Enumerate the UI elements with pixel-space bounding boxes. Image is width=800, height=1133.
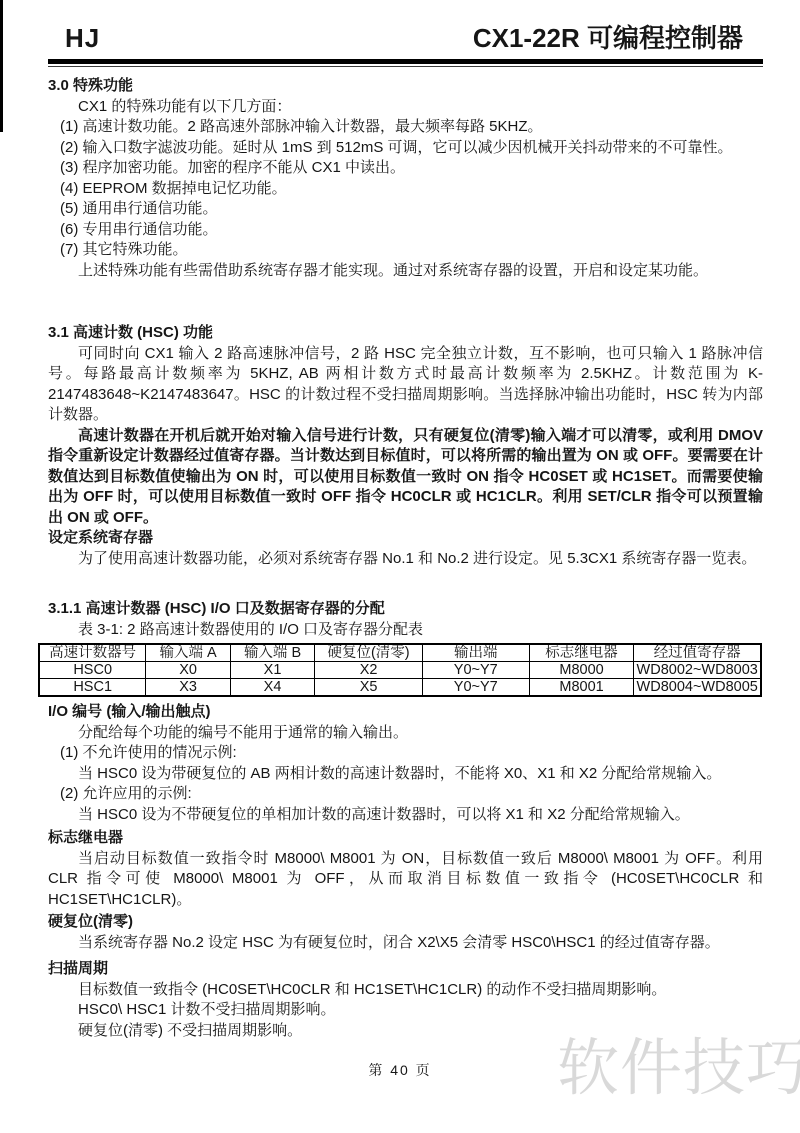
table-cell: X3 — [146, 679, 230, 697]
table-cell: WD8002~WD8003 — [634, 662, 761, 679]
scan-cycle-line: 目标数值一致指令 (HC0SET\HC0CLR 和 HC1SET\HC1CLR)… — [48, 980, 763, 1001]
section-scan-cycle: 扫描周期 目标数值一致指令 (HC0SET\HC0CLR 和 HC1SET\HC… — [48, 959, 763, 1041]
feature-list-item: (7) 其它特殊功能。 — [48, 240, 763, 261]
table-row: HSC1 X3 X4 X5 Y0~Y7 M8001 WD8004~WD8005 — [39, 679, 761, 697]
table-cell: X4 — [230, 679, 314, 697]
io-case-1: (1) 不允许使用的情况示例: — [48, 743, 763, 764]
page-header: HJ CX1-22R 可编程控制器 — [48, 0, 763, 59]
table-header-cell: 硬复位(清零) — [315, 644, 423, 662]
sysreg-heading: 设定系统寄存器 — [48, 528, 763, 549]
table-header-cell: 标志继电器 — [529, 644, 634, 662]
hard-reset-heading: 硬复位(清零) — [48, 912, 763, 933]
table-cell: X0 — [146, 662, 230, 679]
table-cell: Y0~Y7 — [422, 679, 529, 697]
hard-reset-paragraph: 当系统寄存器 No.2 设定 HSC 为有硬复位时，闭合 X2\X5 会清零 H… — [48, 933, 763, 954]
io-case-2: (2) 允许应用的示例: — [48, 784, 763, 805]
scan-cycle-heading: 扫描周期 — [48, 959, 763, 980]
flag-relay-heading: 标志继电器 — [48, 828, 763, 849]
feature-list-item: (4) EEPROM 数据掉电记忆功能。 — [48, 179, 763, 200]
watermark-text: 软件技巧 — [557, 1036, 800, 1102]
table-header-cell: 输入端 B — [230, 644, 314, 662]
table-header-cell: 输出端 — [422, 644, 529, 662]
document-page: HJ CX1-22R 可编程控制器 3.0 特殊功能 CX1 的特殊功能有以下几… — [0, 0, 800, 1133]
table-cell: Y0~Y7 — [422, 662, 529, 679]
table-caption: 表 3-1: 2 路高速计数器使用的 I/O 口及寄存器分配表 — [48, 620, 763, 641]
io-numbering-intro: 分配给每个功能的编号不能用于通常的输入输出。 — [48, 723, 763, 744]
section-3-1-1-title: 3.1.1 高速计数器 (HSC) I/O 口及数据寄存器的分配 — [48, 599, 763, 620]
hsc-overview-paragraph: 可同时向 CX1 输入 2 路高速脉冲信号，2 路 HSC 完全独立计数，互不影… — [48, 344, 763, 426]
io-case-1-detail: 当 HSC0 设为带硬复位的 AB 两相计数的高速计数器时，不能将 X0、X1 … — [48, 764, 763, 785]
feature-list-item: (1) 高速计数功能。2 路高速外部脉冲输入计数器，最大频率每路 5KHZ。 — [48, 117, 763, 138]
feature-list-item: (2) 输入口数字滤波功能。延时从 1mS 到 512mS 可调，它可以减少因机… — [48, 138, 763, 159]
header-rule-thin-bar — [48, 66, 763, 67]
section-hard-reset: 硬复位(清零) 当系统寄存器 No.2 设定 HSC 为有硬复位时，闭合 X2\… — [48, 912, 763, 953]
hsc-operation-paragraph: 高速计数器在开机后就开始对输入信号进行计数，只有硬复位(清零)输入端才可以清零，… — [48, 426, 763, 529]
table-cell: X2 — [315, 662, 423, 679]
scan-cycle-line: HSC0\ HSC1 计数不受扫描周期影响。 — [48, 1000, 763, 1021]
sysreg-paragraph: 为了使用高速计数器功能，必须对系统寄存器 No.1 和 No.2 进行设定。见 … — [48, 549, 763, 570]
table-row: HSC0 X0 X1 X2 Y0~Y7 M8000 WD8002~WD8003 — [39, 662, 761, 679]
table-header-row: 高速计数器号 输入端 A 输入端 B 硬复位(清零) 输出端 标志继电器 经过值… — [39, 644, 761, 662]
feature-list-item: (6) 专用串行通信功能。 — [48, 220, 763, 241]
io-numbering-heading: I/O 编号 (输入/输出触点) — [48, 702, 763, 723]
document-title: CX1-22R 可编程控制器 — [473, 24, 743, 52]
manual-logo: HJ — [65, 24, 100, 52]
table-cell: X1 — [230, 662, 314, 679]
io-case-2-detail: 当 HSC0 设为不带硬复位的单相加计数的高速计数器时，可以将 X1 和 X2 … — [48, 805, 763, 826]
section-3-0-title: 3.0 特殊功能 — [48, 76, 763, 97]
table-header-cell: 经过值寄存器 — [634, 644, 761, 662]
table-cell: M8000 — [529, 662, 634, 679]
feature-list-item: (3) 程序加密功能。加密的程序不能从 CX1 中读出。 — [48, 158, 763, 179]
feature-list-item: (5) 通用串行通信功能。 — [48, 199, 763, 220]
section-3-1: 3.1 高速计数 (HSC) 功能 可同时向 CX1 输入 2 路高速脉冲信号，… — [48, 323, 763, 569]
section-3-1-title: 3.1 高速计数 (HSC) 功能 — [48, 323, 763, 344]
section-flag-relay: 标志继电器 当启动目标数值一致指令时 M8000\ M8001 为 ON，目标数… — [48, 828, 763, 910]
table-header-cell: 输入端 A — [146, 644, 230, 662]
table-cell: HSC1 — [39, 679, 146, 697]
section-3-0: 3.0 特殊功能 CX1 的特殊功能有以下几方面： (1) 高速计数功能。2 路… — [48, 76, 763, 281]
table-header-cell: 高速计数器号 — [39, 644, 146, 662]
flag-relay-paragraph: 当启动目标数值一致指令时 M8000\ M8001 为 ON，目标数值一致后 M… — [48, 849, 763, 911]
section-3-0-note: 上述特殊功能有些需借助系统寄存器才能实现。通过对系统寄存器的设置，开启和设定某功… — [48, 261, 763, 282]
section-3-0-intro: CX1 的特殊功能有以下几方面： — [48, 97, 763, 118]
table-cell: X5 — [315, 679, 423, 697]
table-cell: HSC0 — [39, 662, 146, 679]
table-cell: M8001 — [529, 679, 634, 697]
header-rule-thick-bar — [48, 59, 763, 64]
header-rule — [48, 59, 763, 67]
page-content: HJ CX1-22R 可编程控制器 3.0 特殊功能 CX1 的特殊功能有以下几… — [0, 0, 800, 1041]
table-cell: WD8004~WD8005 — [634, 679, 761, 697]
section-3-1-1: 3.1.1 高速计数器 (HSC) I/O 口及数据寄存器的分配 表 3-1: … — [48, 599, 763, 697]
section-io-numbering: I/O 编号 (输入/输出触点) 分配给每个功能的编号不能用于通常的输入输出。 … — [48, 702, 763, 825]
hsc-io-allocation-table: 高速计数器号 输入端 A 输入端 B 硬复位(清零) 输出端 标志继电器 经过值… — [38, 643, 762, 697]
